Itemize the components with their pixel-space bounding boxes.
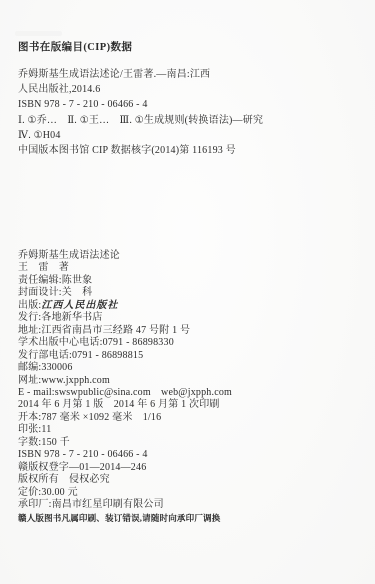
exchange-note-line: 赣人版图书凡属印刷、装订错误,请随时向承印厂调换: [18, 512, 365, 524]
postcode-line: 邮编:330006: [18, 362, 365, 374]
format-line: 开本:787 毫米 ×1092 毫米 1/16: [18, 412, 365, 424]
cip-description-line-2: 人民出版社,2014.6: [18, 82, 365, 97]
cip-isbn-line: ISBN 978 - 7 - 210 - 06466 - 4: [18, 97, 365, 112]
publisher-label: 出版:: [18, 300, 41, 311]
email-line: E - mail:swswpublic@sina.com web@jxpph.c…: [18, 387, 365, 399]
website-line: 网址:www.jxpph.com: [18, 375, 365, 387]
sheets-line: 印张:11: [18, 424, 365, 436]
copyright-notice-line: 版权所有 侵权必究: [18, 474, 365, 486]
publisher-name: 江西人民出版社: [41, 300, 118, 311]
address-line: 地址:江西省南昌市三经路 47 号附 1 号: [18, 325, 365, 337]
printer-line: 承印厂:南昌市红星印刷有限公司: [18, 499, 365, 511]
cip-classification-line: Ⅰ. ①乔… Ⅱ. ①王… Ⅲ. ①生成规则(转换语法)—研究: [18, 113, 365, 128]
sales-phone-line: 发行部电话:0791 - 86898815: [18, 350, 365, 362]
cip-description-line-1: 乔姆斯基生成语法述论/王雷著.—南昌:江西: [18, 67, 365, 82]
academic-center-phone-line: 学术出版中心电话:0791 - 86898330: [18, 337, 365, 349]
publisher-line: 出版:江西人民出版社: [18, 300, 365, 312]
book-title: 乔姆斯基生成语法述论: [18, 250, 365, 262]
book-copyright-page: 图书在版编目(CIP)数据 乔姆斯基生成语法述论/王雷著.—南昌:江西 人民出版…: [0, 0, 375, 584]
price-line: 定价:30.00 元: [18, 487, 365, 499]
cip-class-code-line: Ⅳ. ①H04: [18, 128, 365, 143]
distributor-line: 发行:各地新华书店: [18, 312, 365, 324]
cover-design-line: 封面设计:关 科: [18, 287, 365, 299]
editor-line: 责任编辑:陈世象: [18, 275, 365, 287]
cip-block: 图书在版编目(CIP)数据 乔姆斯基生成语法述论/王雷著.—南昌:江西 人民出版…: [18, 42, 365, 158]
edition-line: 2014 年 6 月第 1 版 2014 年 6 月第 1 次印刷: [18, 399, 365, 411]
cip-header: 图书在版编目(CIP)数据: [18, 42, 365, 54]
isbn-line: ISBN 978 - 7 - 210 - 06466 - 4: [18, 449, 365, 461]
word-count-line: 字数:150 千: [18, 437, 365, 449]
colophon-block: 乔姆斯基生成语法述论 王 雷 著 责任编辑:陈世象 封面设计:关 科 出版:江西…: [18, 250, 365, 524]
cip-record-number-line: 中国版本图书馆 CIP 数据核字(2014)第 116193 号: [18, 143, 365, 158]
registration-line: 赣版权登字—01—2014—246: [18, 462, 365, 474]
author-line: 王 雷 著: [18, 262, 365, 274]
scan-artifact: [15, 31, 62, 36]
